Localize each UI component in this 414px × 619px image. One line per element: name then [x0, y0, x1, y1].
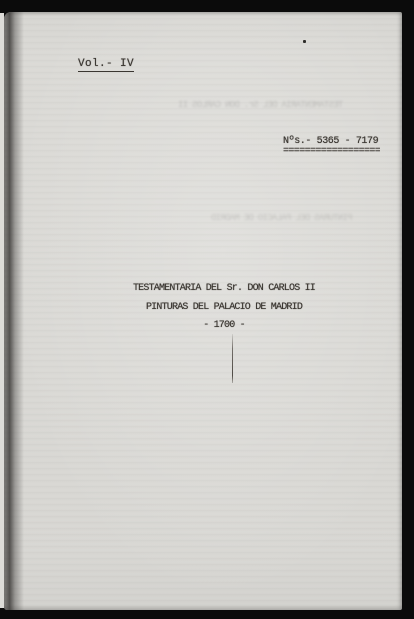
year-line: - 1700 - — [104, 317, 344, 336]
bleed-through-text-1: TESTAMENTARIA DEL Sr. DON CARLOS II — [176, 100, 346, 110]
document-page: Vol.- IV TESTAMENTARIA DEL Sr. DON CARLO… — [4, 12, 402, 610]
title-line-2: PINTURAS DEL PALACIO DE MADRID — [104, 299, 344, 318]
bleed-through-text-2: PINTURAS DEL PALACIO DE MADRID — [200, 213, 364, 223]
vertical-crease-line — [232, 334, 233, 383]
volume-label: Vol.- IV — [78, 58, 134, 72]
title-block: TESTAMENTARIA DEL Sr. DON CARLOS II PINT… — [104, 280, 344, 336]
reference-underline: ================== — [283, 147, 380, 156]
binding-gutter-shadow — [4, 12, 24, 610]
scanned-document: Vol.- IV TESTAMENTARIA DEL Sr. DON CARLO… — [0, 0, 414, 619]
title-line-1: TESTAMENTARIA DEL Sr. DON CARLOS II — [104, 280, 344, 299]
reference-number: Nºs.- 5365 - 7179 — [283, 136, 378, 147]
ink-speck — [303, 40, 306, 43]
